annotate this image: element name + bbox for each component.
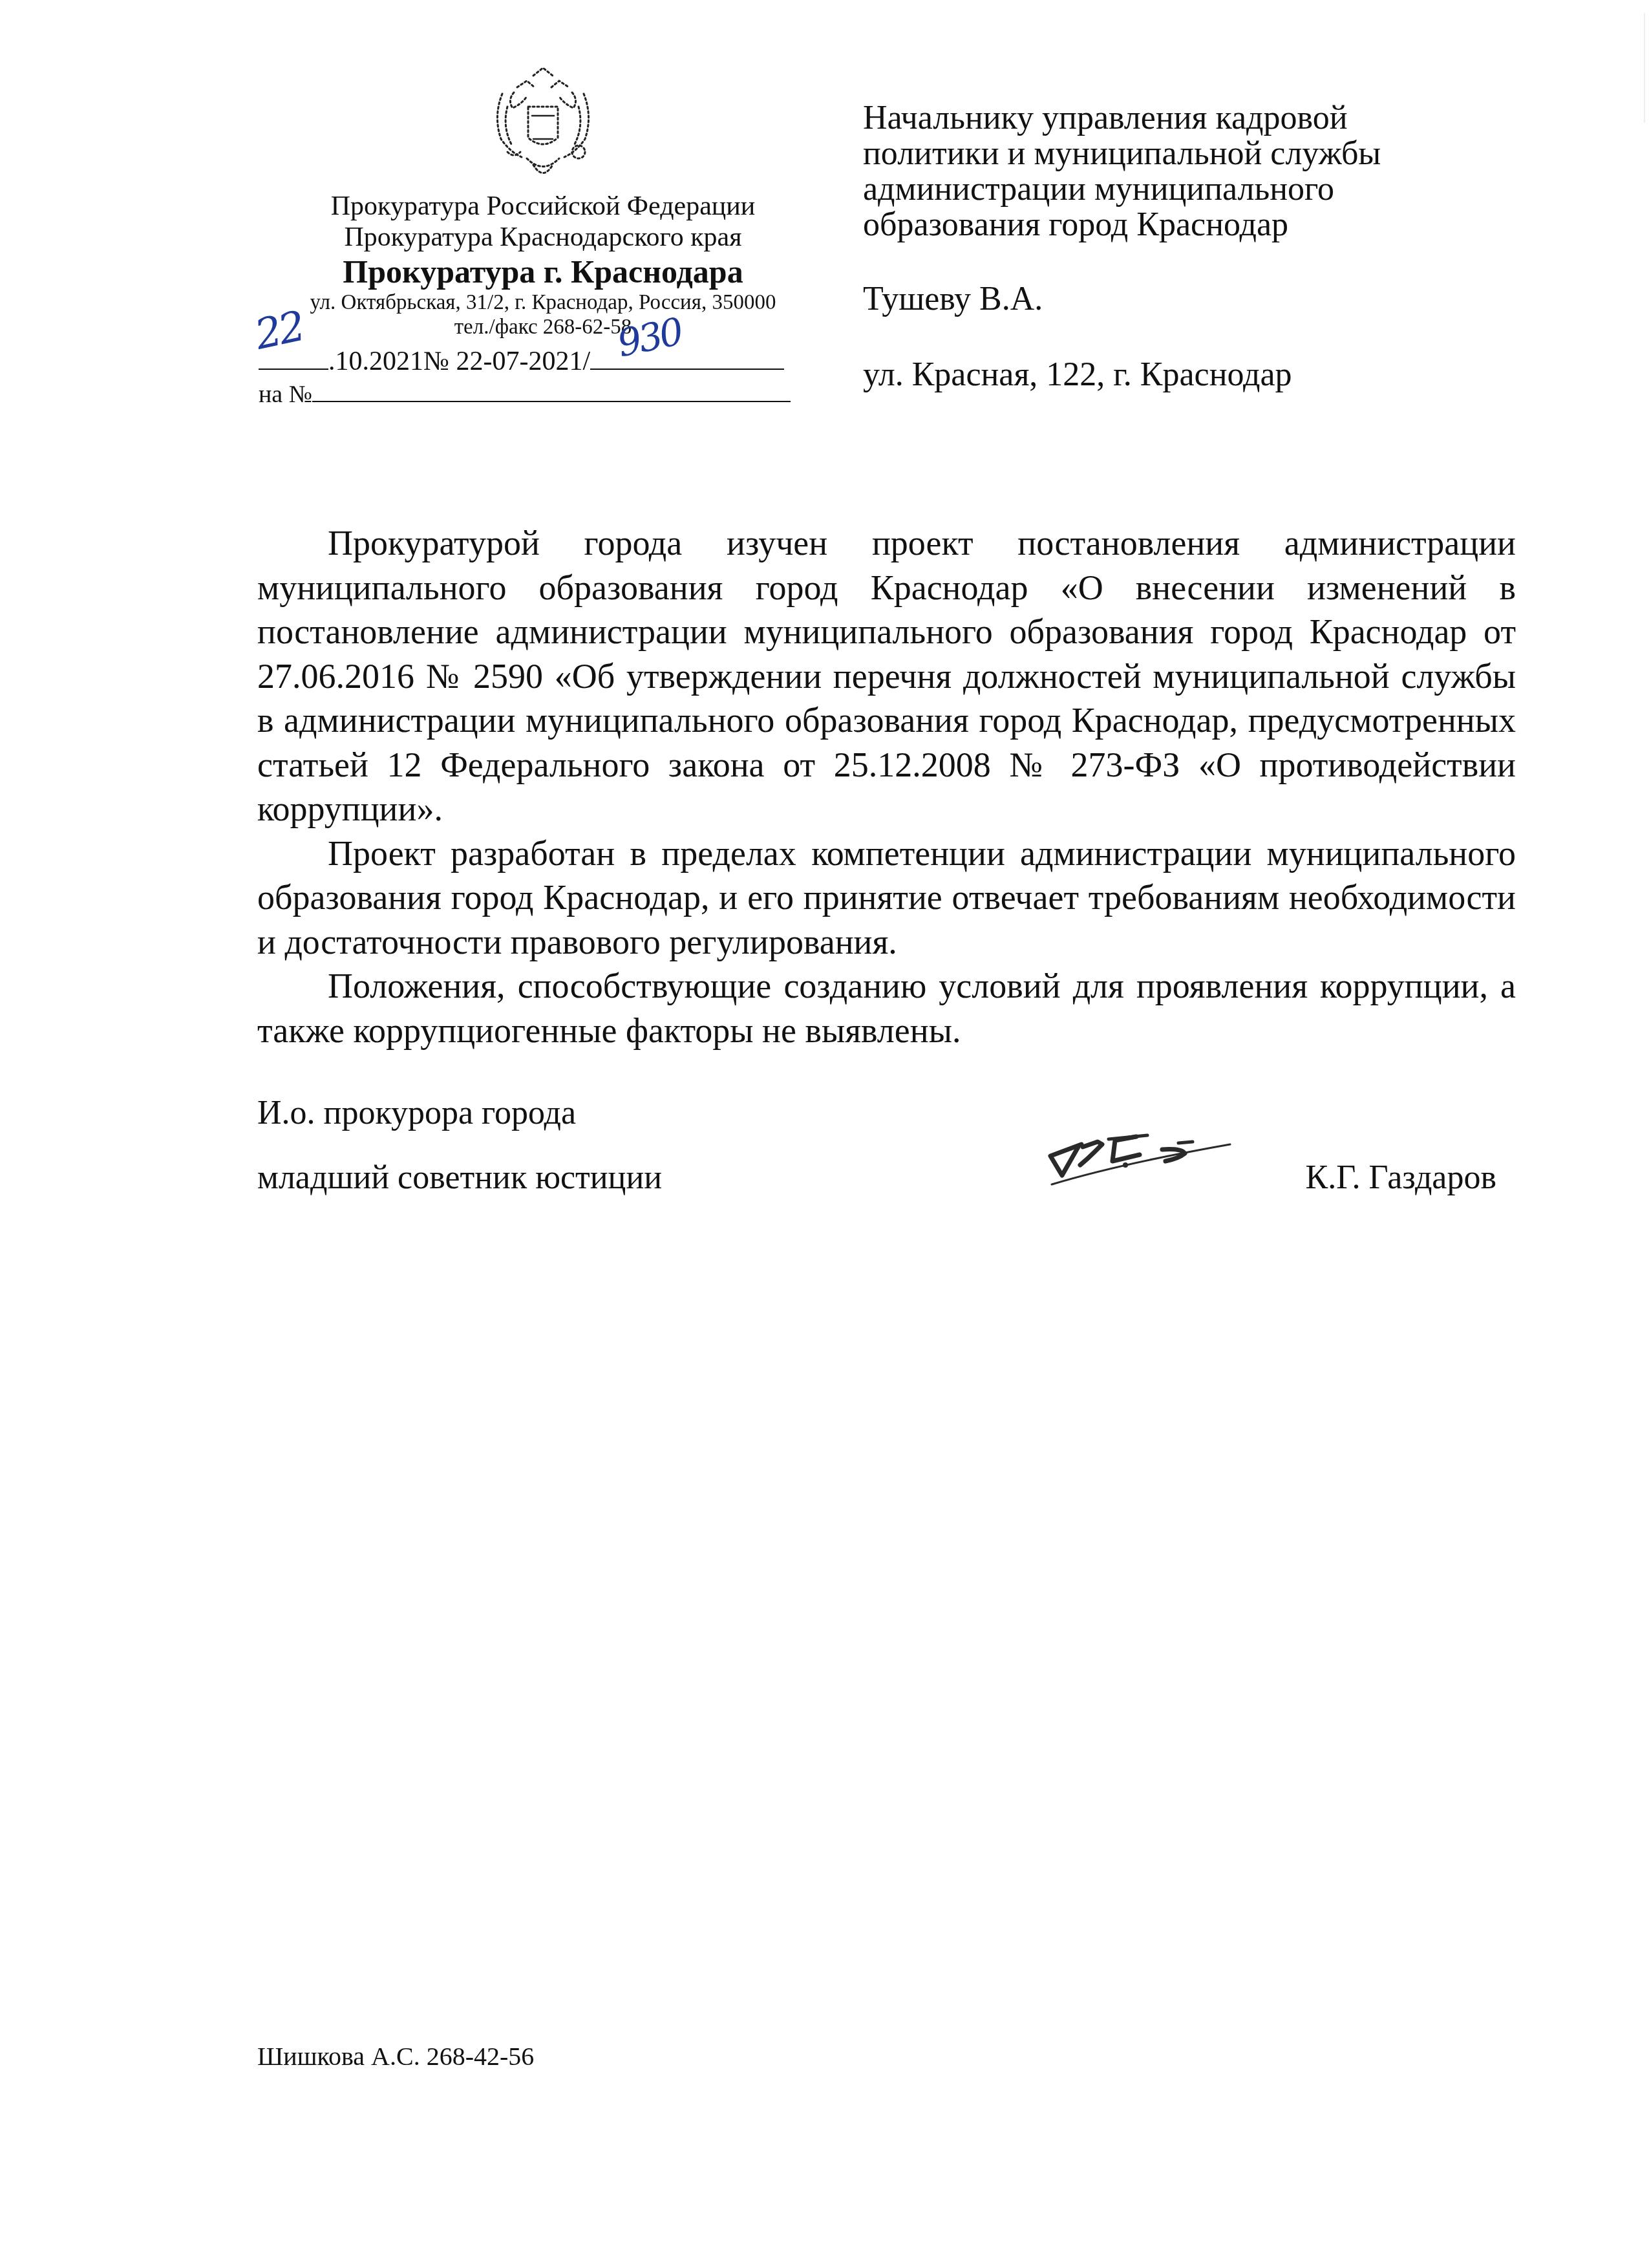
scan-artifact xyxy=(1644,13,1645,123)
signer-role: И.о. прокурора города xyxy=(257,1094,576,1133)
letter-page: Прокуратура Российской Федерации Прокура… xyxy=(0,0,1649,2268)
registration-line: .10.2021№ 22-07-2021/ xyxy=(259,344,784,377)
executor-contact: Шишкова А.С. 268-42-56 xyxy=(257,2042,534,2071)
addressee-position-line: Начальнику управления кадровой xyxy=(863,100,1509,136)
org-line-federal: Прокуратура Российской Федерации xyxy=(259,191,827,222)
body-paragraph: Проект разработан в пределах компетенции… xyxy=(257,831,1516,965)
addressee-name: Тушеву В.А. xyxy=(863,281,1509,317)
coat-of-arms-icon xyxy=(488,61,598,184)
reply-to-blank xyxy=(312,376,791,402)
addressee-address: ул. Красная, 122, г. Краснодар xyxy=(863,357,1509,392)
reply-to-line: на № xyxy=(259,376,791,410)
handwritten-signature-icon xyxy=(1043,1125,1237,1190)
addressee-position-line: администрации муниципального xyxy=(863,171,1509,207)
signer-name: К.Г. Газдаров xyxy=(1306,1159,1496,1197)
addressee: Начальнику управления кадровой политики … xyxy=(863,100,1509,392)
signer-rank: младший советник юстиции xyxy=(257,1159,662,1197)
handwritten-day: 22 xyxy=(251,306,306,356)
org-line-regional: Прокуратура Краснодарского края xyxy=(259,222,827,253)
org-phone: тел./факс 268-62-58 xyxy=(259,315,827,339)
org-title: Прокуратура г. Краснодара xyxy=(259,253,827,290)
outgoing-number: № 22-07-2021/ xyxy=(423,347,590,376)
letterhead: Прокуратура Российской Федерации Прокура… xyxy=(259,61,827,339)
letter-body: Прокуратурой города изучен проект постан… xyxy=(257,521,1516,1053)
addressee-position-line: образования город Краснодар xyxy=(863,207,1509,242)
body-paragraph: Прокуратурой города изучен проект постан… xyxy=(257,521,1516,831)
date-printed: .10.2021 xyxy=(328,347,423,376)
reply-to-label: на № xyxy=(259,381,312,408)
body-paragraph: Положения, способствующие созданию услов… xyxy=(257,964,1516,1053)
addressee-position-line: политики и муниципальной службы xyxy=(863,136,1509,171)
org-address: ул. Октябрьская, 31/2, г. Краснодар, Рос… xyxy=(259,290,827,315)
